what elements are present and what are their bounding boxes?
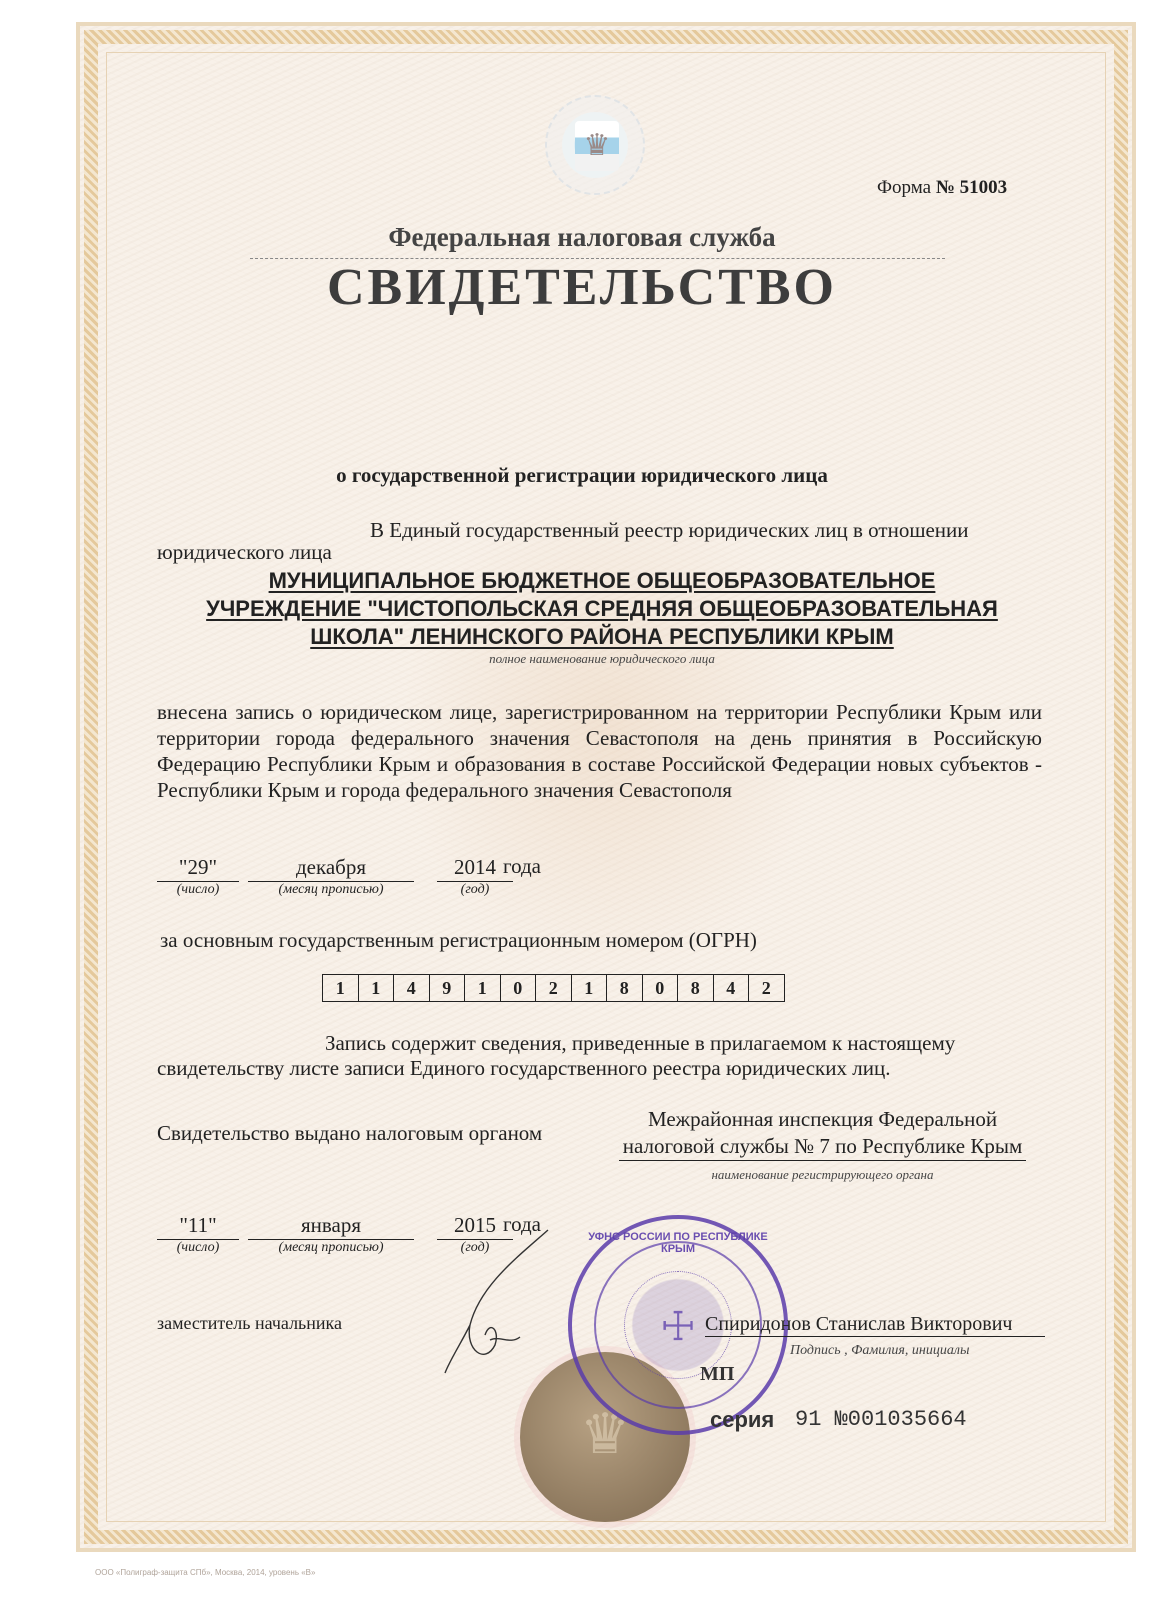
signatory-position: заместитель начальника (157, 1313, 342, 1334)
seal-mark: МП (700, 1363, 734, 1386)
issuing-authority: Межрайонная инспекция Федеральной налого… (595, 1106, 1050, 1161)
registration-year-suffix: года (503, 854, 541, 879)
ogrn-label: за основным государственным регистрацион… (160, 928, 757, 953)
registration-year-caption: (год) (437, 882, 513, 898)
document-title: СВИДЕТЕЛЬСТВО (0, 258, 1164, 317)
ogrn-digit: 8 (607, 975, 643, 1001)
issue-month: января (248, 1212, 414, 1240)
stamp-text: УФНС РОССИИ ПО РЕСПУБЛИКЕ КРЫМ (572, 1231, 784, 1255)
ogrn-digit: 1 (359, 975, 395, 1001)
ogrn-digit: 0 (643, 975, 679, 1001)
ogrn-digit: 0 (501, 975, 537, 1001)
organization-name: МУНИЦИПАЛЬНОЕ БЮДЖЕТНОЕ ОБЩЕОБРАЗОВАТЕЛЬ… (157, 567, 1047, 651)
issuing-authority-caption: наименование регистрирующего органа (595, 1167, 1050, 1183)
ogrn-digit: 1 (323, 975, 359, 1001)
issue-day-caption: (число) (157, 1240, 239, 1256)
signatory-caption: Подпись , Фамилия, инициалы (790, 1343, 969, 1359)
double-headed-eagle-icon: ♛ (575, 121, 619, 171)
form-number: Форма № 51003 (877, 177, 1007, 199)
record-note-line-1: Запись содержит сведения, приведенные в … (325, 1031, 955, 1056)
registration-year: 2014 (437, 854, 513, 882)
registration-month-caption: (месяц прописью) (248, 882, 414, 898)
ogrn-digit: 9 (430, 975, 466, 1001)
issued-by-label: Свидетельство выдано налоговым органом (157, 1121, 542, 1146)
organization-name-line: ШКОЛА" ЛЕНИНСКОГО РАЙОНА РЕСПУБЛИКИ КРЫМ (310, 624, 894, 649)
document-subtitle: о государственной регистрации юридическо… (0, 463, 1164, 488)
issue-day: "11" (157, 1212, 239, 1240)
record-note-line-2: свидетельству листе записи Единого госуд… (157, 1056, 890, 1081)
ogrn-digit: 2 (749, 975, 785, 1001)
ogrn-digit: 1 (572, 975, 608, 1001)
intro-line-1: В Единый государственный реестр юридичес… (370, 518, 969, 543)
signatory-name: Спиридонов Станислав Викторович (705, 1313, 1045, 1337)
series-label: серия (710, 1407, 774, 1433)
handwritten-signature (440, 1225, 560, 1375)
organization-name-line: УЧРЕЖДЕНИЕ "ЧИСТОПОЛЬСКАЯ СРЕДНЯЯ ОБЩЕОБ… (206, 596, 998, 621)
intro-line-2: юридического лица (157, 540, 332, 565)
registration-day: "29" (157, 854, 239, 882)
ogrn-digit: 1 (465, 975, 501, 1001)
ogrn-digit: 2 (536, 975, 572, 1001)
fns-emblem: ♛ (545, 95, 645, 195)
ogrn-digit: 8 (678, 975, 714, 1001)
ogrn-digit: 4 (394, 975, 430, 1001)
issuing-authority-line-1: Межрайонная инспекция Федеральной (595, 1106, 1050, 1133)
series-number: 91 №001035664 (795, 1407, 967, 1432)
organization-name-line: МУНИЦИПАЛЬНОЕ БЮДЖЕТНОЕ ОБЩЕОБРАЗОВАТЕЛЬ… (269, 568, 936, 593)
ogrn-digit: 4 (714, 975, 750, 1001)
ogrn-number-grid: 1149102180842 (322, 974, 785, 1002)
organization-name-caption: полное наименование юридического лица (157, 651, 1047, 667)
issuing-authority-line-2: налоговой службы № 7 по Республике Крым (619, 1133, 1026, 1161)
registration-month: декабря (248, 854, 414, 882)
agency-name: Федеральная налоговая служба (0, 222, 1164, 253)
issue-month-caption: (месяц прописью) (248, 1240, 414, 1256)
registration-day-caption: (число) (157, 882, 239, 898)
entry-text: внесена запись о юридическом лице, зарег… (157, 699, 1042, 803)
printer-note: ООО «Полиграф-защита СПб», Москва, 2014,… (95, 1568, 315, 1577)
